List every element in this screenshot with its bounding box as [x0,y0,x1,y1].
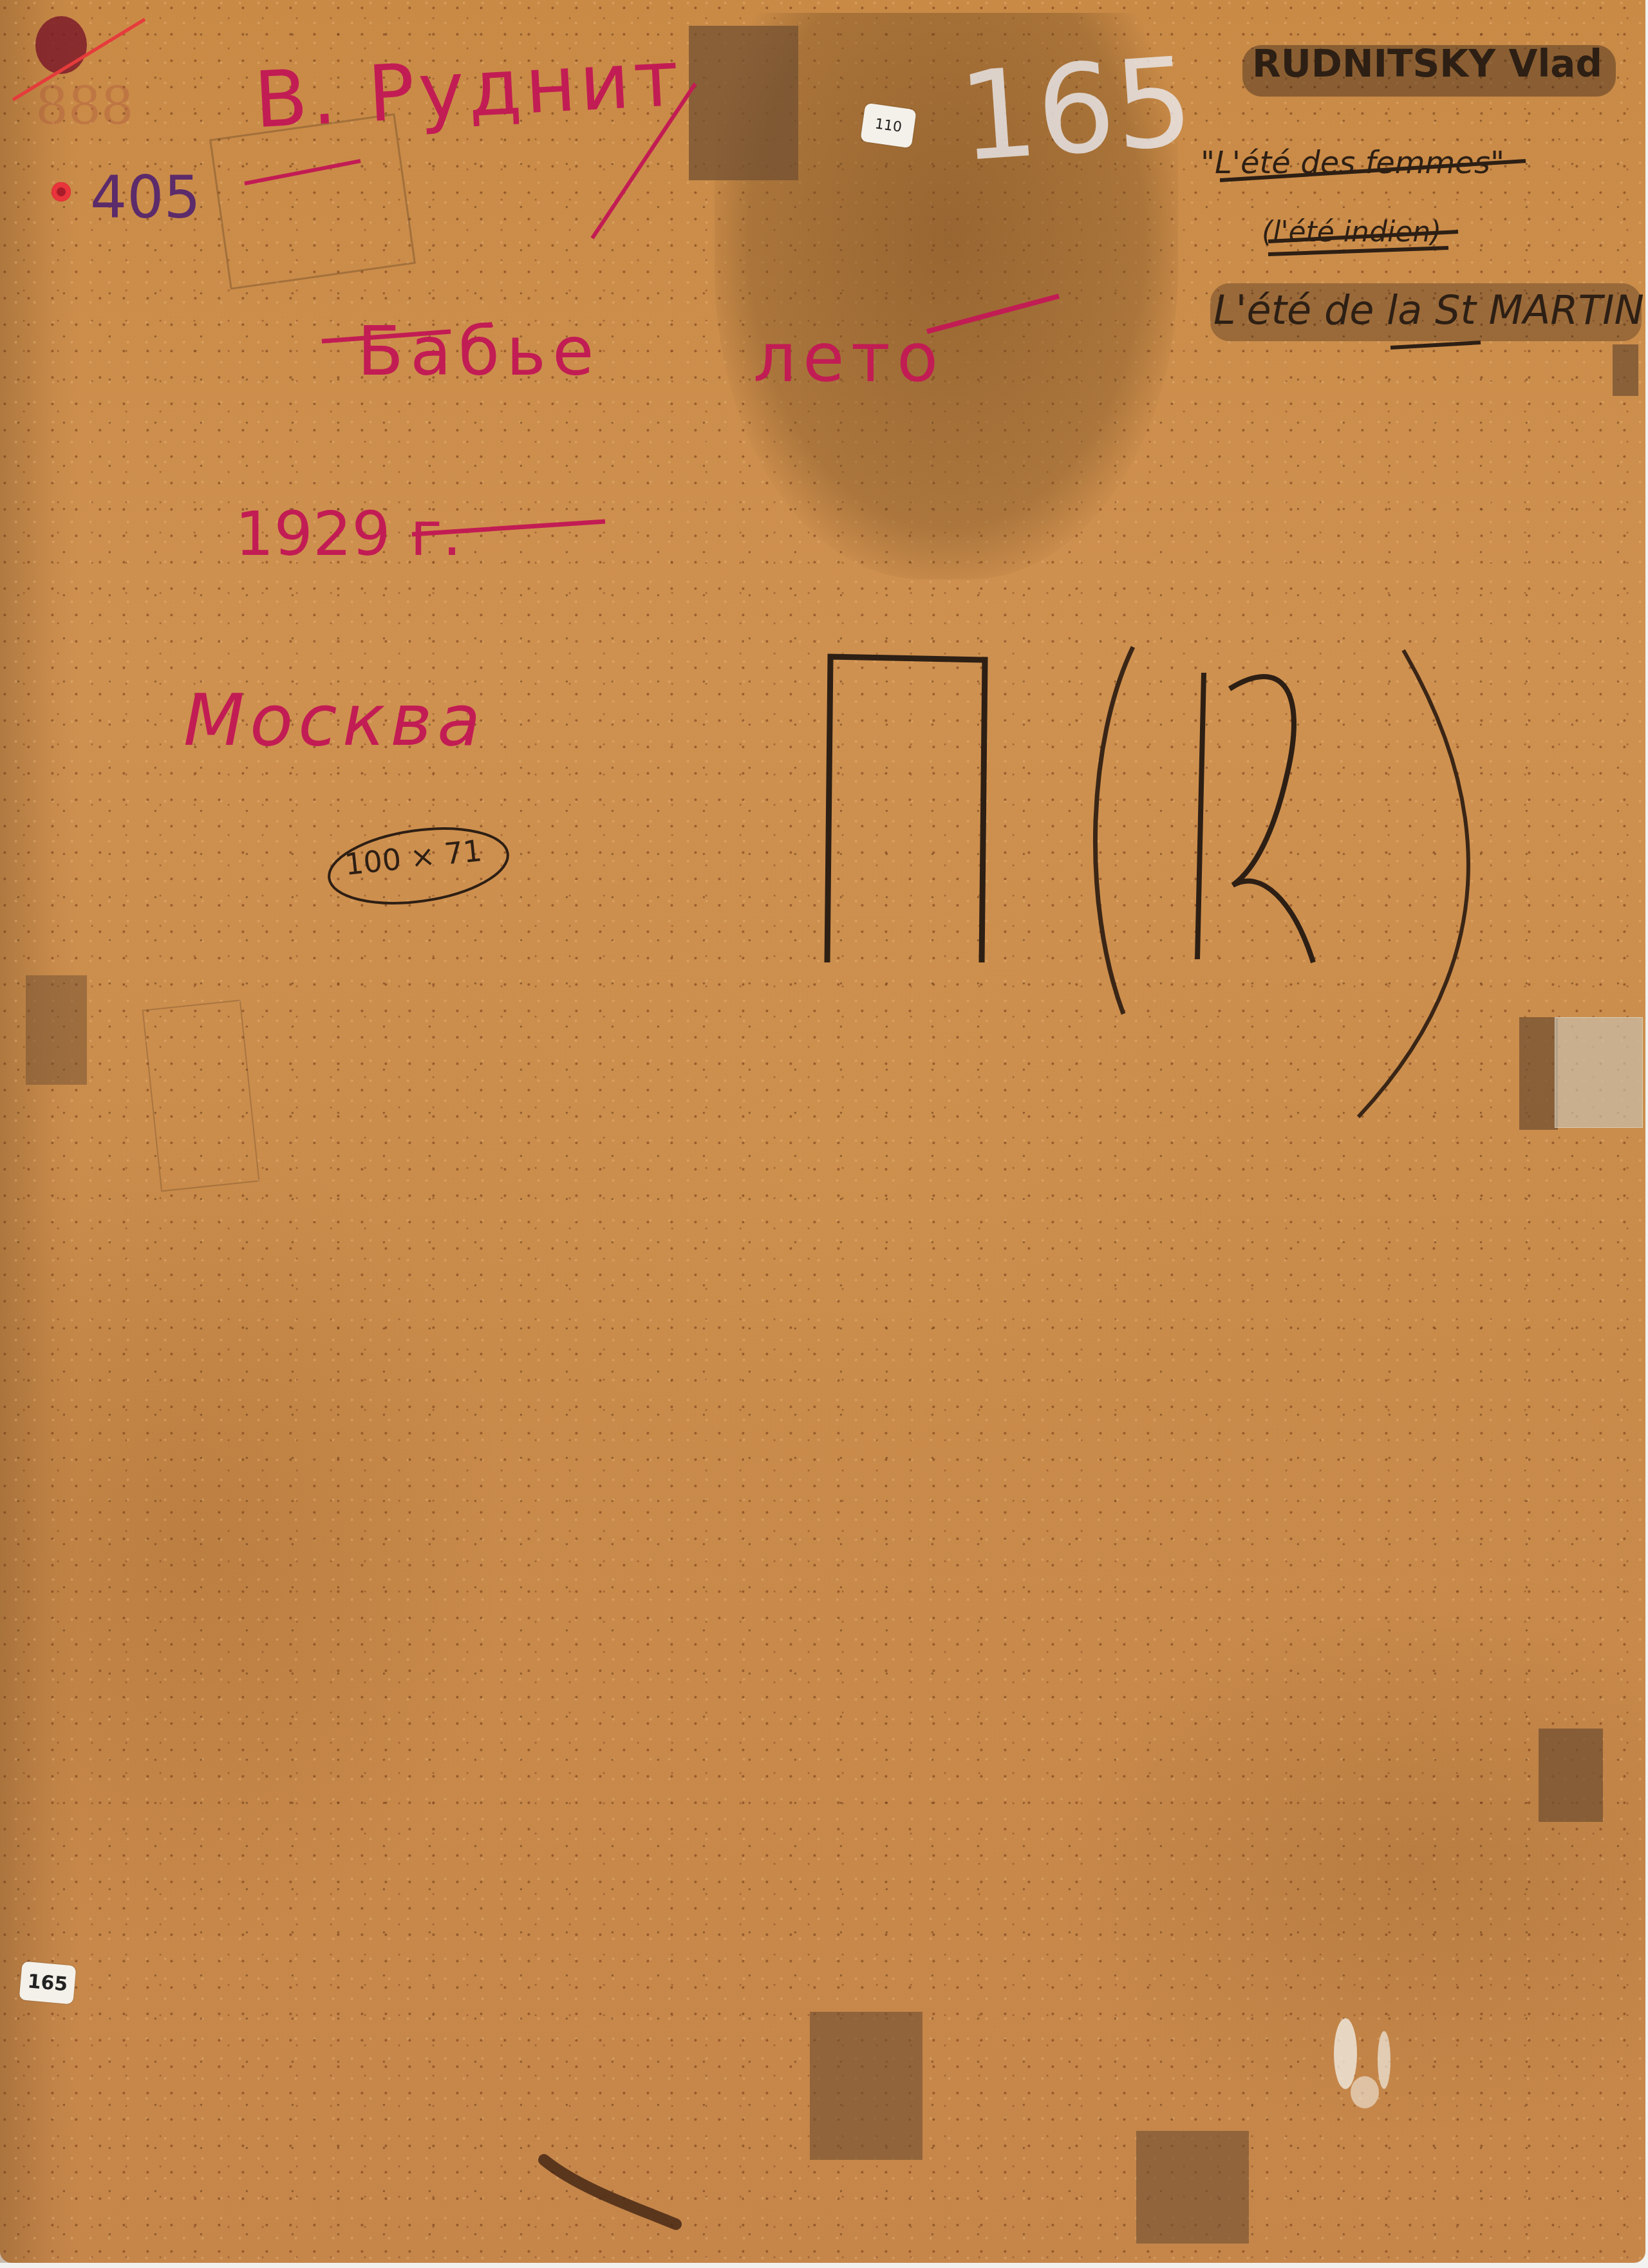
title-word-2: лето [753,319,944,397]
note-artist-name-struck: RUDNITSKY Vlad [1252,42,1602,86]
note-title-alt-struck: (l'été indien) [1262,216,1441,248]
note-title-final: L'été de la St MARTIN [1213,286,1644,333]
faint-number-888: 888 [35,76,134,136]
year: 1929 г. [235,499,462,570]
city: Москва [183,679,485,762]
title-word-1: Бабье [357,312,601,391]
chalk-number: 165 [955,31,1197,189]
catalog-mark: П (12) [827,647,829,648]
note-title-fr-struck: "L'été des femmes" [1201,145,1504,181]
inventory-number: 405 [90,164,201,232]
